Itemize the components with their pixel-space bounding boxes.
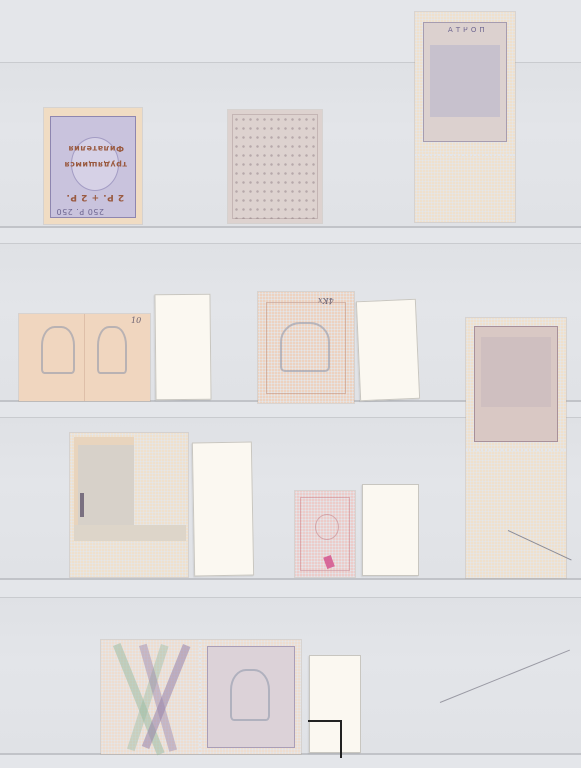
pair-divider (84, 314, 85, 401)
stamp-imperf-grey-speckled[interactable] (228, 110, 322, 223)
stamp-with-sheet-margin-1[interactable]: ПОЧТА (415, 12, 515, 222)
id-mark (80, 493, 84, 517)
handwritten-note: 10 (131, 316, 141, 325)
overprint-line-2: трудящимся (64, 160, 127, 169)
stamp-orange-trident[interactable]: 4Kx (258, 292, 354, 403)
stamp-block-back-hinged[interactable] (70, 433, 188, 577)
mount-card-blank (356, 299, 420, 402)
stamp-imperf-violet-overprint[interactable]: Филателия трудящимся 2 Р. + 2 Р. 250 Р. … (44, 108, 142, 224)
stamp-pink-arms[interactable] (295, 491, 355, 577)
trident-icon (97, 326, 127, 374)
perforation-line (466, 449, 566, 451)
stamp-with-sheet-margin-2[interactable] (466, 318, 566, 578)
trident-icon (41, 326, 75, 374)
stamp-value-text: 250 Р. 250 (56, 207, 104, 216)
trident-icon (230, 669, 270, 721)
overprint-line-1: Филателия (68, 144, 124, 153)
stamp-top-text: ПОЧТА (445, 26, 485, 34)
corner-bracket (308, 720, 342, 758)
handwritten-note: 4Kx (318, 296, 334, 305)
pencil-line (508, 530, 572, 560)
stockbook-page: Филателия трудящимся 2 Р. + 2 Р. 250 Р. … (0, 0, 581, 768)
perforation-line (415, 154, 515, 156)
stamp-design-frame (207, 646, 295, 748)
mount-card-blank (362, 484, 419, 576)
overprint-value: 2 Р. + 2 Р. (66, 192, 124, 202)
coat-of-arms (315, 514, 339, 540)
stamp-design-frame (300, 497, 350, 571)
stamp-design-frame (232, 114, 318, 219)
gutter-perforation (199, 640, 201, 754)
stamp-design-frame (474, 326, 558, 442)
mount-card-blank (192, 441, 254, 576)
magenta-mark (323, 555, 335, 569)
grey-strip (74, 525, 186, 541)
stamp-design-frame (423, 22, 507, 142)
stamp-pair-imperf-trident[interactable]: 10 (19, 314, 150, 401)
mount-card-corner-bracket (309, 655, 361, 753)
trident-icon (280, 322, 330, 372)
stamp-gutter-pair-crosses[interactable] (101, 640, 301, 754)
stamp-gray-area (78, 445, 134, 525)
mount-card-blank (154, 294, 211, 401)
